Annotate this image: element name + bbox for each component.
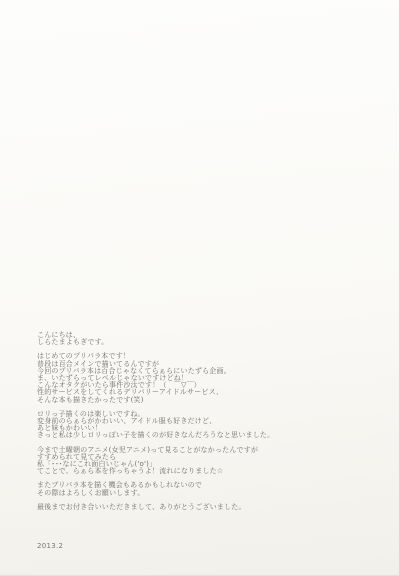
text-line: その際はよろしくお願いします。 [37,490,367,497]
paragraph: またプリパラ本を描く機会もあるかもしれないのでその際はよろしくお願いします。 [37,482,367,496]
text-line: 最後までお付き合いいただきまして、ありがとうございました。 [37,504,367,511]
text-line: そんな本も描きたかったです(笑) [37,397,367,404]
date-text: 2013.2 [37,543,63,550]
text-line: きっと私は少しロリっぽい子を描くのが好きなんだろうなと思いました。 [37,432,367,439]
paragraph: ロリっ子描くのは楽しいですね。変身前のらぁらがかわいい、アイドル服も好きだけど、… [37,411,367,440]
scanned-page: こんにちは、しらたまよもぎです。はじめてのプリパラ本です！普段は百合メインで描い… [0,0,400,576]
afterword-text: こんにちは、しらたまよもぎです。はじめてのプリパラ本です！普段は百合メインで描い… [37,332,367,518]
text-line: てことで、らぁら本を作っちゃうよ！流れになりました☆ [37,468,367,475]
paragraph: はじめてのプリパラ本です！普段は百合メインで描いてるんですが今回のプリパラ本は百… [37,353,367,403]
paragraph: こんにちは、しらたまよもぎです。 [37,332,367,346]
text-line: しらたまよもぎです。 [37,339,367,346]
paragraph: 最後までお付き合いいただきまして、ありがとうございました。 [37,504,367,511]
paragraph: 今まで土曜朝のアニメ(女児アニメ)って見ることがなかったんですがすすめられて見て… [37,447,367,476]
